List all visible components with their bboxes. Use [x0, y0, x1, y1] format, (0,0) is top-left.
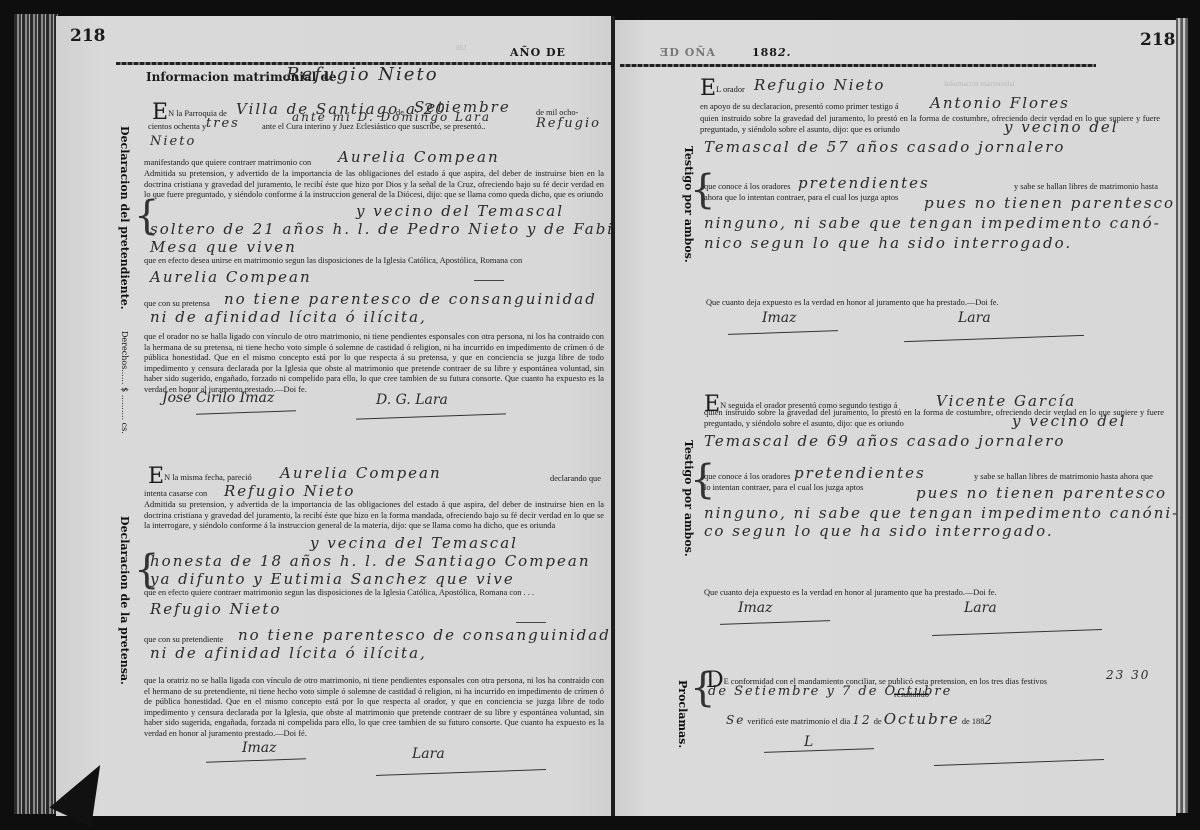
bride-intends: intenta casarse con — [144, 489, 207, 500]
groom-origin-2: soltero de 21 años h. l. de Pedro Nieto … — [150, 220, 648, 238]
signature-left: José Cirilo Imaz — [162, 390, 274, 406]
signature-flourish — [376, 769, 546, 776]
groom-union: que en efecto desea unirse en matrimonio… — [144, 256, 604, 267]
drop-cap: E — [148, 464, 164, 489]
signature-flourish — [932, 629, 1102, 636]
witness2-apt-1: pues no tienen parentesco — [916, 484, 1167, 502]
bride-closing: que la oratriz no se halla ligada con ví… — [144, 676, 604, 740]
signature-flourish — [720, 620, 830, 625]
year-label-bleed: ƎD OÑA — [660, 46, 716, 59]
signature-left: Imaz — [762, 310, 797, 326]
separator — [516, 622, 546, 623]
groom-closing: que el orador no se halla ligado con vín… — [144, 332, 604, 396]
book-page-edges-right — [1176, 18, 1188, 813]
groom-paragraph: Admitida su pretension, y advertido de l… — [144, 169, 604, 201]
signature-flourish — [764, 748, 874, 753]
witness2-oath: Que cuanto deja expuesto es la verdad en… — [704, 588, 997, 599]
signature-right: Lara — [964, 600, 997, 616]
side-label-proclamas: Proclamas. — [676, 680, 689, 748]
drop-cap: E — [700, 76, 716, 101]
groom-relation-1: no tiene parentesco de consanguinidad — [224, 290, 597, 308]
year-printed: 1882. — [752, 46, 791, 59]
proclamas-line-3: Se verificó este matrimonio el dia 12 de… — [726, 714, 994, 728]
bleed-heading: Informacion matrimonial — [944, 80, 1015, 88]
fees-label: Derechos...... $ .......... cs. — [120, 331, 129, 434]
groom-origin-3: Mesa que viven — [150, 238, 297, 256]
witness1-oath: Que cuanto deja expuesto es la verdad en… — [706, 298, 999, 309]
witness1-apt-3: nico segun lo que ha sido interrogado. — [704, 234, 1072, 252]
header-rule — [620, 64, 1096, 67]
witness1-line-1: EL orador — [700, 80, 745, 98]
signature-right: Lara — [958, 310, 991, 326]
right-page: ƎD OÑA 1882. 218 Informacion matrimonial… — [614, 20, 1176, 816]
signature-flourish — [728, 330, 838, 335]
left-page: 218 882 AÑO DE Informacion matrimonial d… — [56, 16, 612, 816]
bride-declaring: declarando que — [550, 474, 601, 485]
witness1-name: Antonio Flores — [930, 94, 1070, 112]
page-number-right: 218 — [1140, 30, 1176, 50]
witness1-orador: Refugio Nieto — [754, 76, 885, 94]
year-label: AÑO DE — [510, 46, 566, 59]
groom-hand-name-1: Refugio — [536, 116, 601, 131]
proclamas-days: 23 30 — [1106, 668, 1150, 682]
bride-name: Aurelia Compean — [280, 464, 442, 482]
groom-bride-name: Aurelia Compean — [338, 148, 500, 166]
groom-hand-year: tres — [206, 116, 240, 131]
title-name: Refugio Nieto — [286, 64, 439, 85]
separator — [474, 280, 504, 281]
witness1-origin-1: y vecino del — [1004, 118, 1119, 136]
signature-flourish — [934, 759, 1104, 766]
signature-left: Imaz — [242, 740, 277, 756]
witness1-origin-2: Temascal de 57 años casado jornalero — [704, 138, 1065, 156]
book-gutter — [611, 16, 615, 816]
signature-right: Lara — [412, 746, 445, 762]
witness2-origin-1: y vecino del — [1012, 412, 1127, 430]
bride-relation-1: no tiene parentesco de consanguinidad — [238, 626, 611, 644]
groom-relation-2: ni de afinidad lícita ó ilícita, — [150, 308, 427, 326]
groom-hand-overwrite: ante mi D. Domingo Lara — [292, 110, 491, 124]
signature-right: D. G. Lara — [376, 392, 448, 408]
bride-origin-3: ya difunto y Eutimia Sanchez que vive — [150, 570, 515, 588]
signature-flourish — [356, 413, 506, 419]
signature-left: L — [804, 734, 813, 750]
book-page-edges-left — [14, 14, 58, 814]
groom-line2-start: cientos ochenta y — [148, 122, 206, 133]
bride-union-name: Refugio Nieto — [150, 600, 281, 618]
faint-year-bleed: 882 — [456, 44, 467, 52]
witness2-origin-2: Temascal de 69 años casado jornalero — [704, 432, 1065, 450]
bride-origin-2: honesta de 18 años h. l. de Santiago Com… — [150, 552, 591, 570]
groom-origin-1: y vecino del Temascal — [356, 202, 564, 220]
groom-union-name: Aurelia Compean — [150, 268, 312, 286]
side-label-groom: Declaracion del pretendiente. — [118, 126, 131, 310]
bride-paragraph: Admitida su pretension, y advertida de l… — [144, 500, 604, 532]
groom-hand-name-2: Nieto — [150, 134, 196, 149]
bride-union: que en efecto quiere contraer matrimonio… — [144, 588, 604, 599]
proclamas-resultando: resultando — [894, 690, 929, 701]
page-number-left: 218 — [70, 26, 106, 46]
signature-left: Imaz — [738, 600, 773, 616]
signature-flourish — [196, 410, 296, 414]
groom-wants-marry: manifestando que quiere contraer matrimo… — [144, 158, 311, 169]
bride-origin-1: y vecina del Temascal — [310, 534, 518, 552]
witness1-presented: en apoyo de su declaracion, presentó com… — [700, 102, 899, 113]
witness2-apt-2: ninguno, ni sabe que tengan impedimento … — [704, 504, 1179, 522]
signature-flourish — [206, 758, 306, 762]
witness1-apt-2: ninguno, ni sabe que tengan impedimento … — [704, 214, 1161, 232]
bride-relation-2: ni de afinidad lícita ó ilícita, — [150, 644, 427, 662]
bride-groom-name: Refugio Nieto — [224, 482, 355, 500]
open-register-book: 218 882 AÑO DE Informacion matrimonial d… — [0, 0, 1200, 830]
witness1-apt-1: pues no tienen parentesco — [924, 194, 1175, 212]
witness2-apt-3: co segun lo que ha sido interrogado. — [704, 522, 1054, 540]
signature-flourish — [904, 335, 1084, 342]
side-label-bride: Declaracion de la pretensa. — [118, 516, 131, 685]
